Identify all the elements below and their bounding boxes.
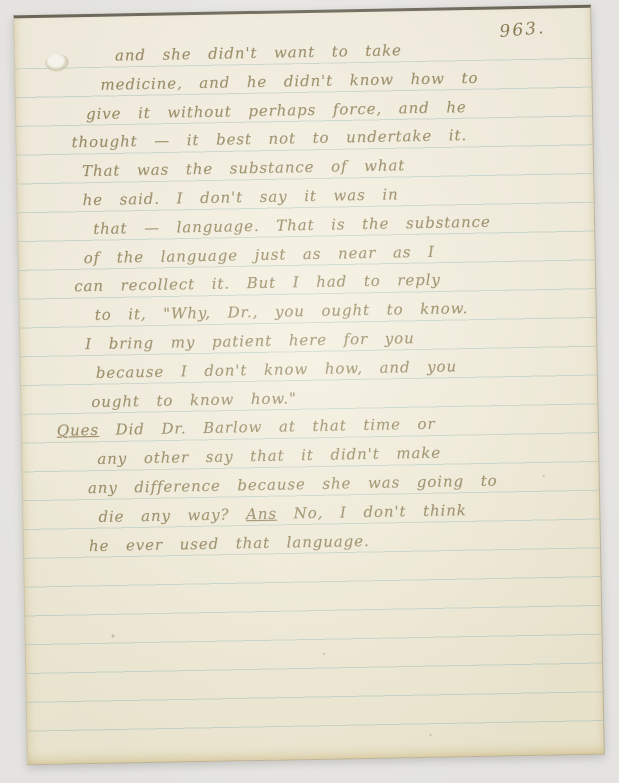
handwritten-segment: ought to know how."	[91, 389, 297, 411]
handwritten-segment: because I don't know how, and you	[96, 357, 458, 382]
handwritten-segment: of the language just as near as I	[83, 242, 434, 266]
handwritten-segment: that — language. That is the substance	[93, 212, 491, 237]
handwritten-segment: he said. I don't say it was in	[82, 185, 398, 209]
underlined-abbreviation: Ans	[246, 504, 277, 523]
paper-speck	[429, 734, 431, 736]
handwritten-segment: die any way?	[98, 505, 246, 526]
handwritten-segment: No, I don't think	[277, 501, 467, 522]
handwritten-segment: That was the substance of what	[82, 156, 405, 180]
handwritten-segment: any difference because she was going to	[88, 472, 498, 498]
handwritten-segment: and she didn't want to take	[115, 41, 402, 64]
handwritten-segment: give it without perhaps force, and he	[86, 98, 467, 123]
handwritten-segment: any other say that it didn't make	[97, 444, 441, 468]
handwritten-segment: thought — it best not to undertake it.	[71, 126, 467, 151]
underlined-abbreviation: Ques	[57, 421, 99, 440]
notebook-page: 963. and she didn't want to takemedicine…	[13, 5, 605, 765]
paper-speck	[112, 635, 115, 638]
paper-speck	[323, 653, 325, 655]
photo-background: 963. and she didn't want to takemedicine…	[0, 0, 619, 783]
handwritten-segment: Did Dr. Barlow at that time or	[99, 415, 436, 439]
handwritten-text: and she didn't want to takemedicine, and…	[15, 33, 570, 561]
handwritten-segment: medicine, and he didn't know how to	[100, 69, 478, 94]
handwritten-segment: to it, "Why, Dr., you ought to know.	[95, 299, 469, 324]
handwritten-segment: can recollect it. But I had to reply	[74, 271, 441, 296]
handwritten-segment: I bring my patient here for you	[85, 329, 415, 353]
handwritten-segment: he ever used that language.	[89, 531, 370, 554]
